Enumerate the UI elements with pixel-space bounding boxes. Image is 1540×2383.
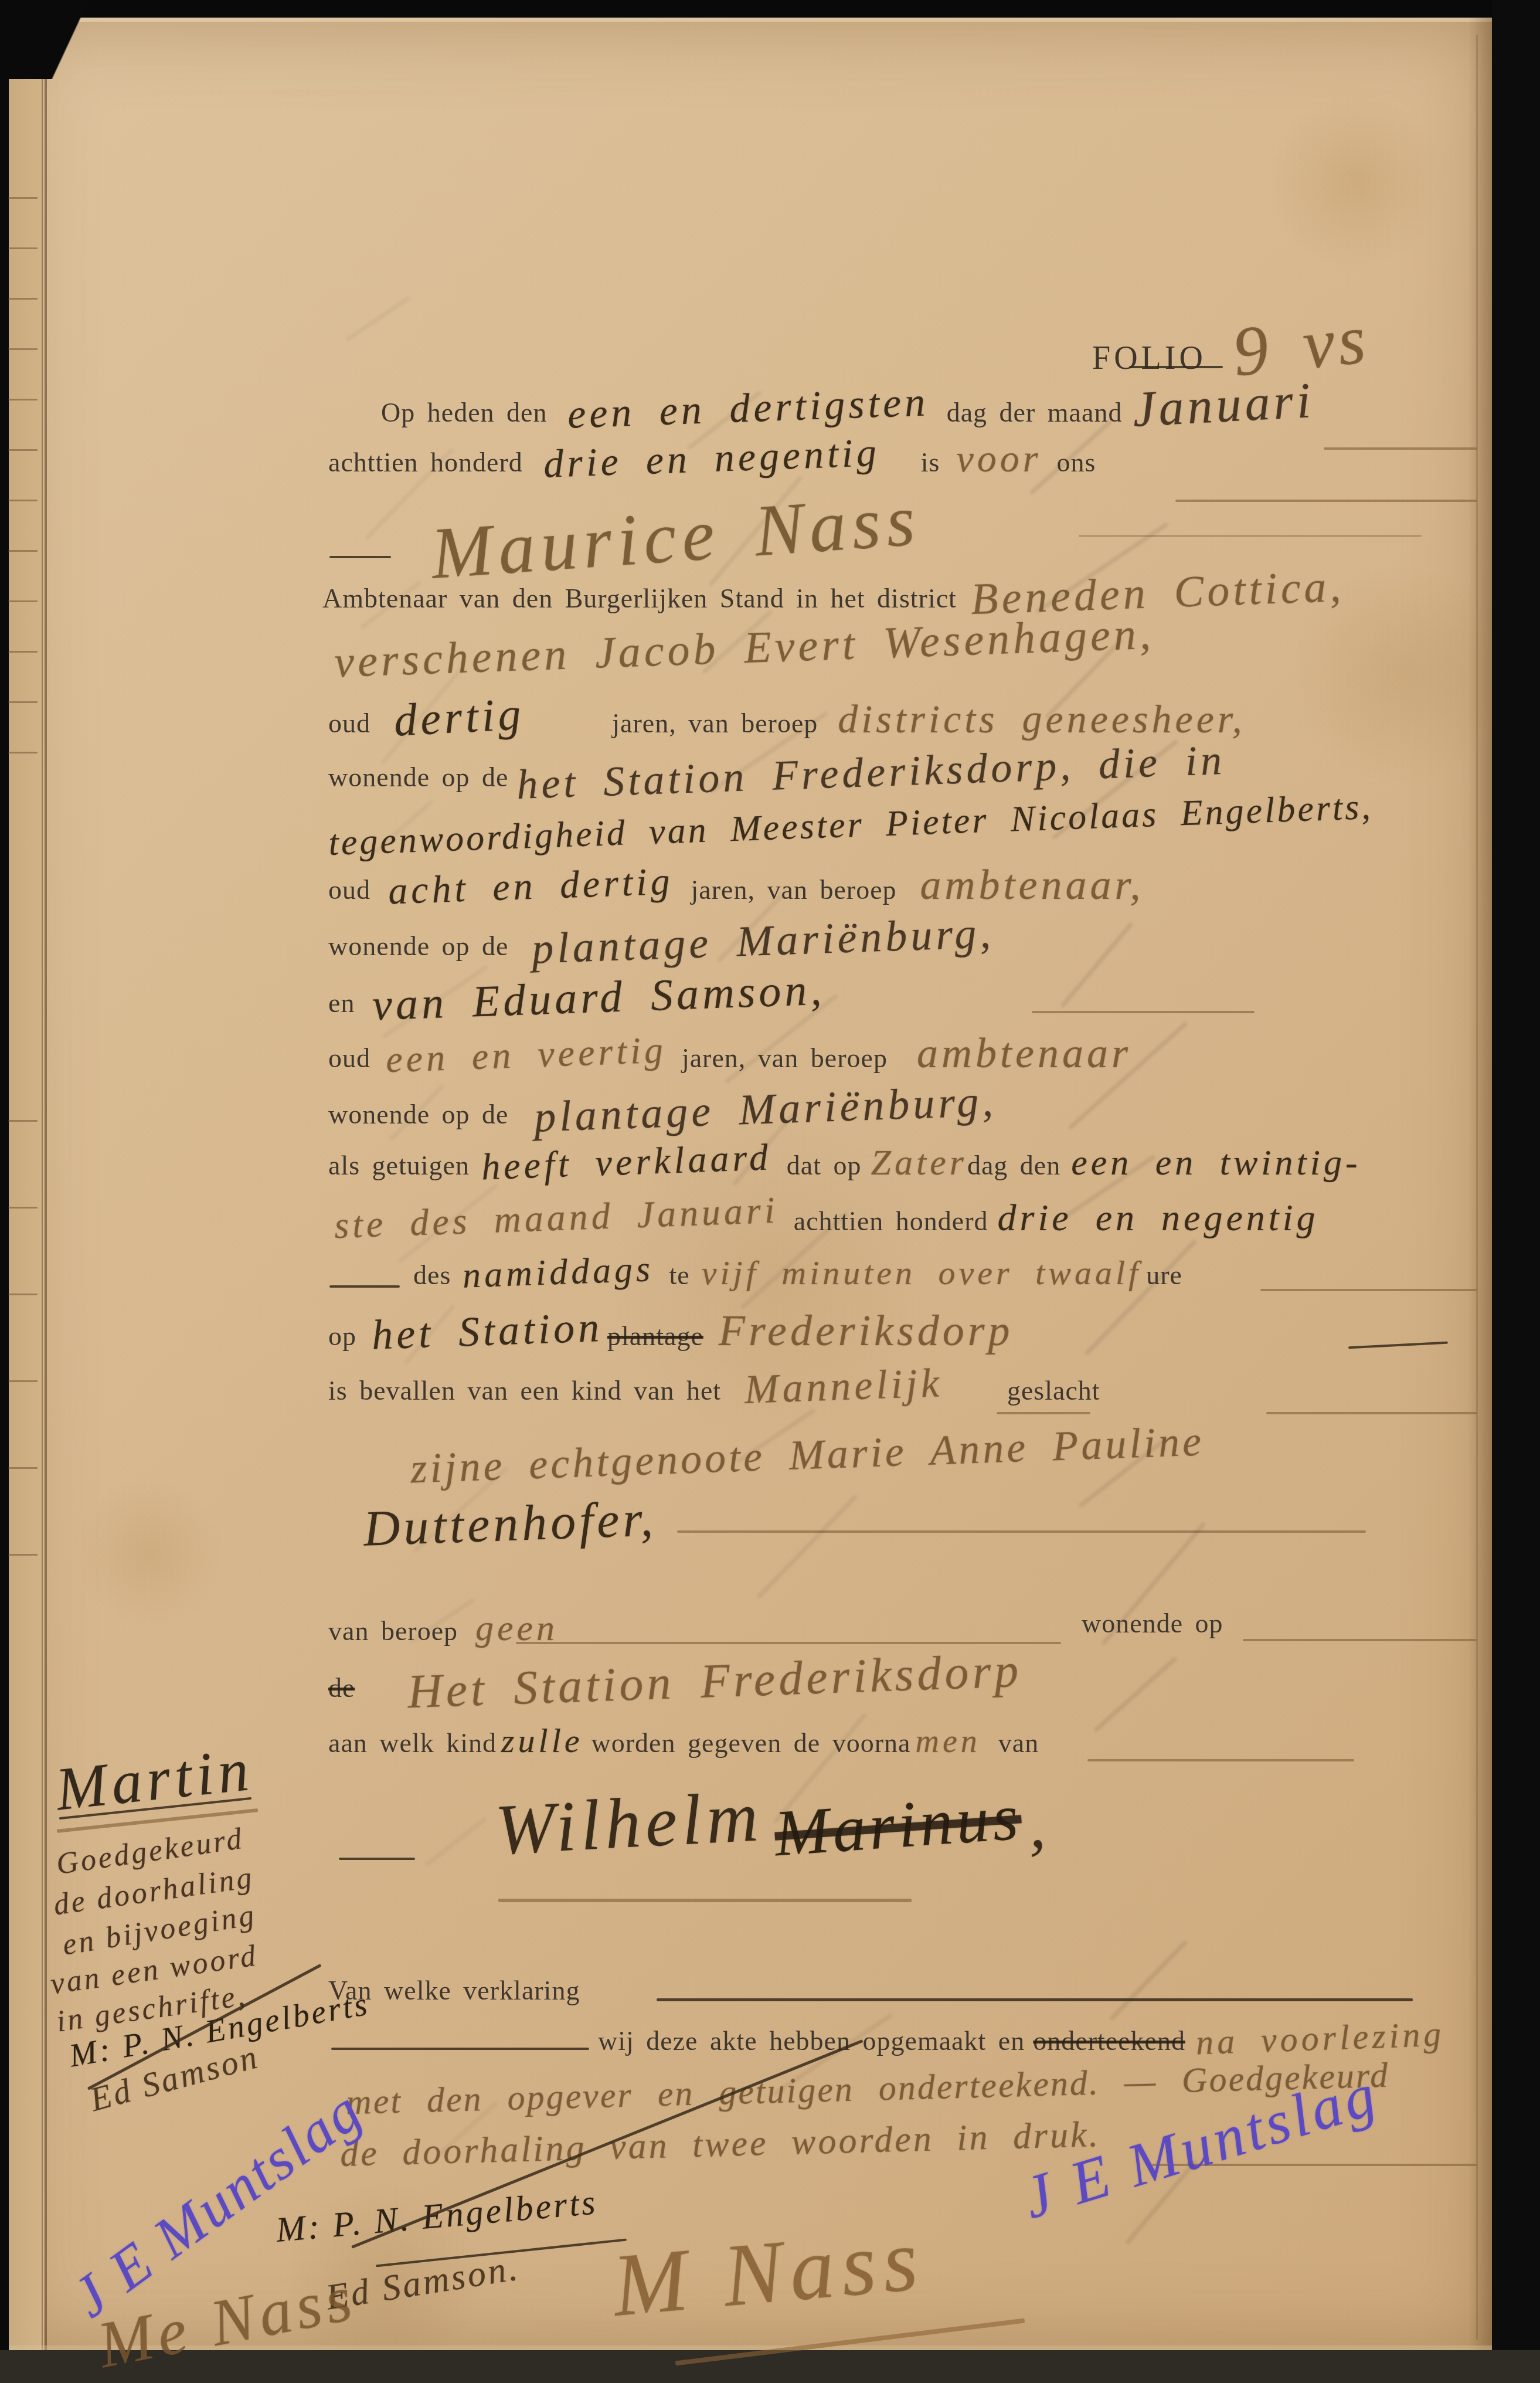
act-line-17: is bevallen van een kind van het Manneli… — [328, 1363, 1100, 1410]
child-name-comma: , — [1029, 1788, 1049, 1863]
printed-text: en — [328, 987, 355, 1019]
facing-page-rule-stub — [8, 1120, 38, 1122]
handwritten-month: Januari — [1131, 371, 1315, 439]
fill-dash — [329, 1285, 400, 1288]
printed-text-struck: plantage — [607, 1321, 703, 1352]
facing-page-rule-stub — [8, 1207, 38, 1209]
fill-rule — [1260, 1289, 1477, 1291]
printed-text: op — [328, 1321, 356, 1352]
paper-right-shadow — [1468, 18, 1492, 2354]
handwritten-mother-surname: Duttenhofer, — [362, 1489, 657, 1557]
act-line-11: oud een en veertig jaren, van beroep amb… — [328, 1029, 1131, 1078]
facing-page-rule-stub — [8, 197, 38, 199]
facing-page-rule-stub — [8, 449, 38, 451]
binding-seam-shadow — [42, 18, 43, 2354]
act-line-10: en van Eduard Samson, — [328, 972, 825, 1023]
fill-rule — [1324, 447, 1477, 450]
printed-text: oud — [328, 874, 370, 905]
facing-page-rule-stub — [8, 399, 38, 400]
facing-page-rule-stub — [8, 1554, 38, 1556]
printed-text: wonende op de — [328, 762, 508, 793]
mother-name-line-2: Duttenhofer, — [363, 1494, 657, 1553]
fill-dash — [329, 556, 391, 558]
handwritten-age: acht en dertig — [387, 860, 674, 914]
printed-text: wonende op de — [328, 931, 508, 962]
act-line-7: tegenwoordigheid van Meester Pieter Nico… — [328, 804, 1373, 846]
printed-text: is bevallen van een kind van het — [328, 1375, 721, 1406]
facing-page-rule-stub — [8, 298, 38, 300]
fill-rule — [1032, 1011, 1255, 1013]
handwritten-occupation: ambtenaar, — [920, 861, 1144, 909]
handwritten-gender: Mannelijk — [744, 1360, 943, 1414]
handwritten-place: het Station — [371, 1303, 604, 1360]
child-name-line: Wilhelm Marinus , — [495, 1783, 1049, 1865]
scanned-register-page: FOLIO 9 vs Op heden den een en dertigste… — [0, 0, 1540, 2383]
folio-header: FOLIO 9 vs — [1092, 305, 1369, 386]
act-line-8: oud acht en dertig jaren, van beroep amb… — [328, 861, 1144, 909]
printed-text: Ambtenaar van den Burgerlijken Stand in … — [322, 583, 957, 614]
handwritten-residence: plantage Mariënburg, — [533, 1077, 997, 1142]
handwritten-text: namiddags — [462, 1248, 654, 1296]
facing-page-rule-stub — [8, 701, 38, 703]
binding-seam — [45, 18, 47, 2354]
fill-rule — [997, 1412, 1090, 1414]
printed-text-struck: onderteekend — [1033, 2025, 1185, 2056]
printed-text: als getuigen — [328, 1150, 470, 1181]
facing-page-rule-stub — [8, 550, 38, 552]
act-line-13: als getuigen heeft verklaard dat op Zate… — [328, 1140, 1361, 1184]
handwritten-residence: Het Station Frederiksdorp — [407, 1643, 1023, 1720]
printed-text: oud — [328, 708, 370, 739]
scan-background-right — [1492, 0, 1540, 2383]
handwritten-text: men — [915, 1723, 980, 1760]
act-line-22: aan welk kind zulle worden gegeven de vo… — [328, 1721, 1039, 1760]
printed-text-struck: de — [328, 1672, 355, 1703]
facing-page-rule-stub — [8, 651, 38, 653]
printed-text: wij deze akte hebben opgemaakt en — [598, 2025, 1025, 2056]
fill-rule — [1079, 535, 1422, 537]
printed-text: geslacht — [1007, 1375, 1100, 1406]
folio-underline — [1129, 366, 1223, 368]
scan-background-corner — [0, 0, 123, 79]
facing-page-rule-stub — [8, 500, 38, 501]
printed-text: oud — [328, 1043, 370, 1074]
fill-rule — [677, 1530, 1366, 1533]
closing-line-2: wij deze akte hebben opgemaakt en ondert… — [598, 2018, 1444, 2059]
handwritten-occupation: districts geneesheer, — [838, 696, 1245, 742]
fill-rule — [1266, 1412, 1477, 1414]
handwritten-text: heeft verklaard — [481, 1135, 772, 1189]
act-line-12: wonende op de plantage Mariënburg, — [328, 1085, 997, 1135]
page-edge-line — [1476, 35, 1478, 2340]
act-line-4: verschenen Jacob Evert Wesenhagen, — [334, 623, 1154, 674]
printed-text: dag der maand — [947, 397, 1123, 428]
child-name-struck: Marinus — [772, 1779, 1024, 1872]
act-line-3: Ambtenaar van den Burgerlijken Stand in … — [322, 568, 1344, 619]
handwritten-occupation: ambtenaar — [917, 1029, 1131, 1078]
facing-page-rule-stub — [8, 1380, 38, 1382]
fill-dash — [331, 2048, 589, 2050]
facing-page-rule-stub — [8, 1294, 38, 1295]
printed-text: dag den — [967, 1150, 1060, 1181]
facing-page-rule-stub — [8, 752, 38, 753]
printed-text: des — [413, 1260, 451, 1291]
act-line-6: wonende op de het Station Frederiksdorp,… — [328, 748, 1226, 797]
handwritten-year: drie en negentig — [998, 1196, 1319, 1240]
handwritten-weekday: Zater — [871, 1142, 967, 1184]
printed-text: te — [669, 1260, 689, 1291]
act-line-21: de Het Station Frederiksdorp — [328, 1654, 1022, 1709]
act-line-20b: wonende op — [1082, 1608, 1223, 1639]
printed-text: worden gegeven de voorna — [591, 1727, 911, 1759]
handwritten-year: drie en negentig — [543, 429, 881, 487]
mother-name-line-1: zijne echtgenoote Marie Anne Pauline — [410, 1431, 1204, 1479]
closing-line-4: de doorhaling van twee woorden in druk. — [340, 2124, 1100, 2165]
facing-page-rule-stub — [8, 1467, 38, 1469]
facing-page-rule-stub — [8, 247, 38, 249]
paper-top-edge — [9, 18, 1492, 22]
facing-page-rule-stub — [8, 600, 38, 602]
printed-text: jaren, van beroep — [682, 1043, 888, 1074]
handwritten-text: zulle — [501, 1721, 583, 1760]
handwritten-daynumber: een en twintig- — [1071, 1142, 1361, 1184]
handwritten-residence: plantage Mariënburg, — [531, 908, 995, 974]
printed-text: wonende op — [1082, 1608, 1223, 1639]
handwritten-text: na voorlezing — [1195, 2014, 1445, 2063]
child-name-underline — [498, 1899, 912, 1902]
act-line-5: oud dertig jaren, van beroep districts g… — [328, 691, 1246, 744]
official-name-line: Maurice Nass — [431, 495, 921, 579]
printed-text: jaren, van beroep — [612, 708, 818, 739]
fill-rule — [1243, 1639, 1477, 1641]
handwritten-age: dertig — [393, 687, 526, 747]
printed-text: jaren, van beroep — [691, 874, 897, 905]
facing-page-rule-stub — [8, 348, 38, 350]
closing-rule — [657, 1998, 1413, 2001]
fill-dash — [339, 1858, 415, 1860]
scan-background-top — [0, 0, 1540, 18]
act-line-1: Op heden den een en dertigsten dag der m… — [381, 375, 1314, 434]
printed-text: is — [921, 447, 940, 478]
folio-label: FOLIO — [1092, 340, 1206, 377]
handwritten-month: ste des maand Januari — [334, 1189, 779, 1247]
fill-rule — [1175, 500, 1477, 502]
printed-text: aan welk kind — [328, 1727, 497, 1759]
printed-text: wonende op de — [328, 1099, 508, 1130]
handwritten-text: voor — [956, 437, 1041, 481]
fill-rule — [1087, 1759, 1354, 1761]
handwritten-age: een en veertig — [385, 1028, 667, 1082]
child-given-name: Wilhelm — [494, 1776, 765, 1872]
binding-sliver — [9, 18, 44, 2354]
printed-text: van — [998, 1727, 1039, 1759]
act-line-9: wonende op de plantage Mariënburg, — [328, 916, 994, 966]
printed-text: Op heden den — [381, 397, 547, 428]
handwritten-place: Frederiksdorp — [719, 1306, 1014, 1356]
printed-text: dat op — [787, 1150, 862, 1181]
